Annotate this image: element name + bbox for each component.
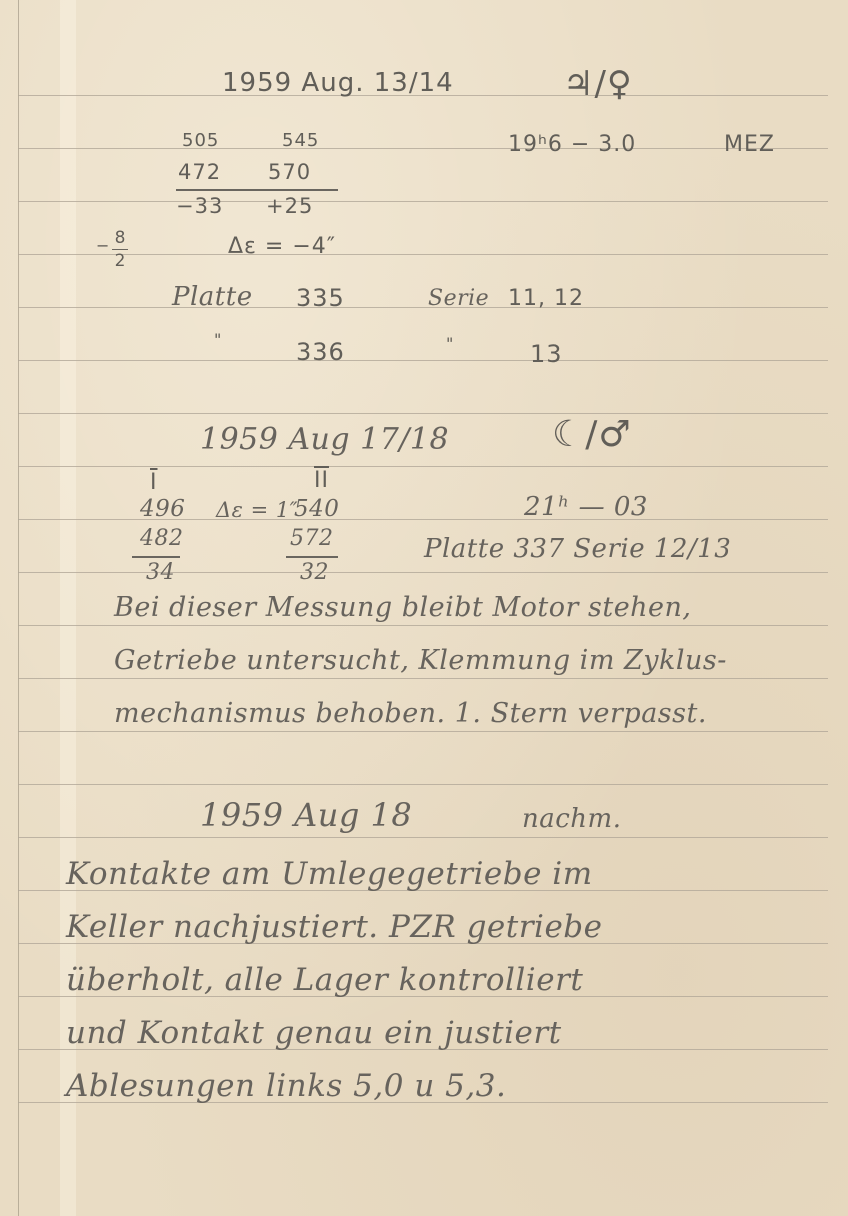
plate-label: Platte [172, 282, 253, 312]
note-line: Bei dieser Messung bleibt Motor stehen, [114, 592, 692, 623]
ditto-mark: " [446, 334, 454, 353]
calc-result-col2: +25 [266, 194, 313, 218]
entry-1-time: 19ʰ6 − 3.0 [508, 132, 636, 157]
serie-label: Serie [428, 286, 489, 311]
note-line: Getriebe untersucht, Klemmung im Zyklus- [114, 645, 727, 676]
serie-value: 13 [530, 340, 563, 368]
calc-result-col1: 34 [146, 560, 175, 585]
fraction-denominator: 2 [112, 251, 128, 271]
calc-underline [286, 556, 338, 558]
serie-value: 11, 12 [508, 286, 584, 311]
margin-line [18, 0, 19, 1216]
fraction-bar [112, 249, 128, 250]
ruled-line [18, 254, 828, 255]
calc-row1-col1: 496 [140, 496, 185, 522]
calc-result-col2: 32 [300, 560, 329, 585]
ruled-line [18, 307, 828, 308]
entry-2-plate: Platte 337 Serie 12/13 [424, 534, 731, 564]
delta-epsilon: Δε = 1″ [216, 498, 298, 522]
ditto-mark: " [214, 330, 222, 349]
calc-row1-col2: 545 [282, 130, 319, 151]
calc-row2-col2: 570 [268, 160, 311, 184]
entry-2-time: 21ʰ — 03 [524, 492, 648, 522]
entry-3-heading-suffix: nachm. [522, 804, 621, 834]
calc-row2-col2: 572 [290, 526, 334, 551]
calc-row2-col1: 482 [140, 526, 184, 551]
ruled-line [18, 837, 828, 838]
notebook-page: 1959 Aug. 13/14 ♃/♀ 505 545 19ʰ6 − 3.0 M… [0, 0, 848, 1216]
fraction-numerator: 8 [112, 228, 128, 248]
note-line: und Kontakt genau ein justiert [66, 1015, 562, 1051]
plate-number: 336 [296, 338, 345, 366]
ruled-line [18, 572, 828, 573]
side-note-fraction: 8 2 [112, 228, 128, 271]
ruled-line [18, 678, 828, 679]
calc-row1-col1: 505 [182, 130, 219, 151]
calc-row1-col2: 540 [294, 496, 339, 522]
ruled-line [18, 413, 828, 414]
ruled-line [18, 360, 828, 361]
ruled-line [18, 201, 828, 202]
note-line: Kontakte am Umlegegetriebe im [66, 856, 593, 892]
ruled-line [18, 466, 828, 467]
calc-result-col1: −33 [176, 194, 223, 218]
side-note-sign: − [96, 236, 110, 255]
entry-2-heading: 1959 Aug 17/18 [200, 422, 449, 457]
delta-epsilon: Δε = −4″ [228, 234, 336, 259]
column-label-II: II [314, 468, 329, 493]
calc-underline [176, 189, 338, 191]
entry-3-heading: 1959 Aug 18 [200, 796, 412, 834]
entry-1-heading: 1959 Aug. 13/14 [222, 68, 454, 98]
calc-underline [132, 556, 180, 558]
ruled-line [18, 148, 828, 149]
timezone-label: MEZ [724, 132, 775, 157]
ruled-line [18, 731, 828, 732]
planet-symbols-jupiter-venus: ♃/♀ [563, 64, 633, 104]
calc-row2-col1: 472 [178, 160, 221, 184]
note-line: überholt, alle Lager kontrolliert [66, 962, 583, 998]
note-line: mechanismus behoben. 1. Stern verpasst. [114, 698, 707, 729]
note-line: Keller nachjustiert. PZR getriebe [66, 909, 603, 945]
planet-symbols-moon-mars: ☾/♂ [552, 414, 632, 455]
plate-number: 335 [296, 284, 345, 312]
note-line: Ablesungen links 5,0 u 5,3. [66, 1068, 506, 1104]
column-label-I: I [150, 470, 158, 495]
ruled-line [18, 784, 828, 785]
ruled-line [18, 625, 828, 626]
